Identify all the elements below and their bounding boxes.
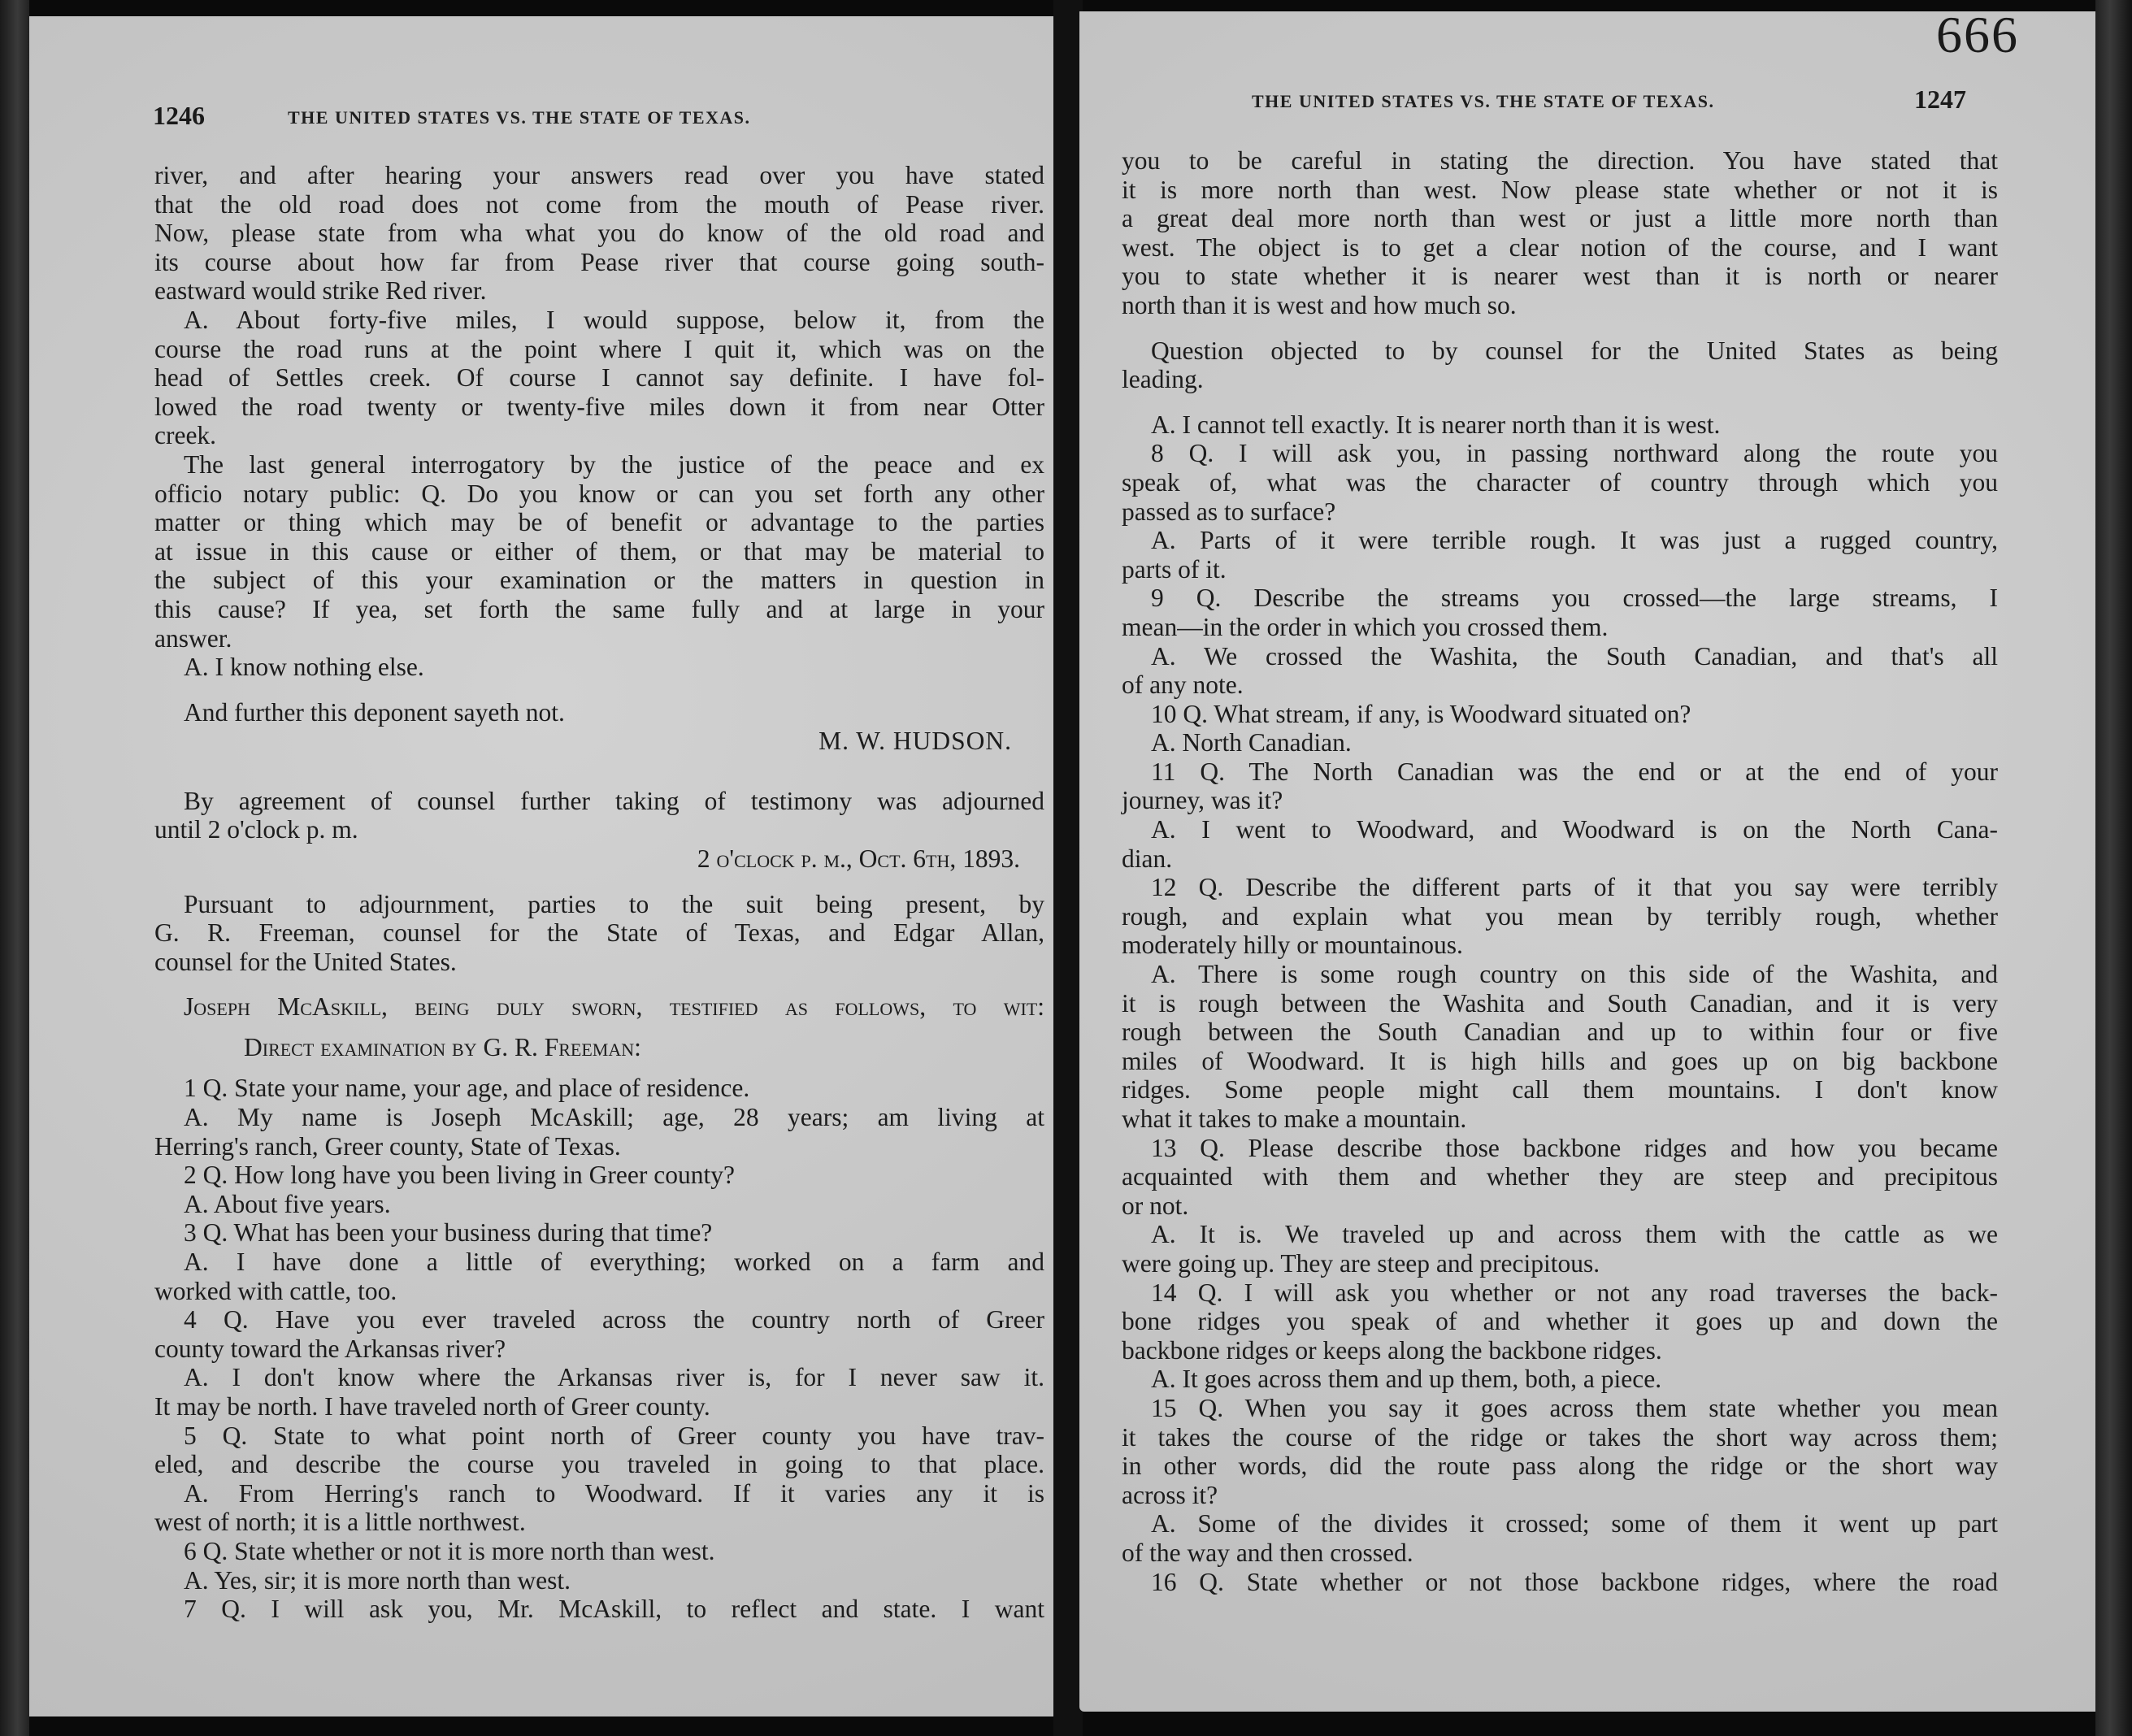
text-line: A. There is some rough country on this s… <box>1122 960 1998 989</box>
text-line: And further this deponent sayeth not. <box>154 698 1044 727</box>
text-line: ridges. Some people might call them moun… <box>1122 1075 1998 1105</box>
book-edge-left <box>0 0 29 1736</box>
text-line: A. Yes, sir; it is more north than west. <box>154 1566 1044 1595</box>
text-line: Joseph McAskill, being duly sworn, testi… <box>154 992 1044 1026</box>
text-line: what it takes to make a mountain. <box>1122 1105 1998 1134</box>
text-line: in other words, did the route pass along… <box>1122 1452 1998 1481</box>
text-line: A. About forty-five miles, I would suppo… <box>154 306 1044 335</box>
text-line: this cause? If yea, set forth the same f… <box>154 595 1044 624</box>
text-line: the subject of this your examination or … <box>154 566 1044 595</box>
paragraph-gap <box>1122 320 1998 336</box>
text-line: Direct examination by G. R. Freeman: <box>154 1033 1044 1067</box>
text-line: Now, please state from wha what you do k… <box>154 219 1044 248</box>
text-line: 6 Q. State whether or not it is more nor… <box>154 1537 1044 1566</box>
text-line: bone ridges you speak of and whether it … <box>1122 1307 1998 1336</box>
text-line: A. I have done a little of everything; w… <box>154 1248 1044 1277</box>
text-line: A. Parts of it were terrible rough. It w… <box>1122 526 1998 555</box>
text-line: 11 Q. The North Canadian was the end or … <box>1122 757 1998 787</box>
text-line: you to state whether it is nearer west t… <box>1122 262 1998 291</box>
text-line: north than it is west and how much so. <box>1122 291 1998 320</box>
text-line: 2 Q. How long have you been living in Gr… <box>154 1161 1044 1190</box>
text-line: 15 Q. When you say it goes across them s… <box>1122 1394 1998 1423</box>
text-line: answer. <box>154 624 1044 653</box>
text-line: journey, was it? <box>1122 786 1998 815</box>
text-line: A. I know nothing else. <box>154 653 1044 682</box>
text-line: eastward would strike Red river. <box>154 276 1044 306</box>
text-line: west of north; it is a little northwest. <box>154 1508 1044 1537</box>
paragraph-gap <box>154 1067 1044 1074</box>
text-line: course the road runs at the point where … <box>154 335 1044 364</box>
text-line: of the way and then crossed. <box>1122 1539 1998 1568</box>
text-line: mean—in the order in which you crossed t… <box>1122 613 1998 642</box>
text-line: A. From Herring's ranch to Woodward. If … <box>154 1479 1044 1508</box>
text-line: counsel for the United States. <box>154 948 1044 977</box>
text-line: The last general interrogatory by the ju… <box>154 450 1044 480</box>
text-line: miles of Woodward. It is high hills and … <box>1122 1047 1998 1076</box>
text-line: it is rough between the Washita and Sout… <box>1122 989 1998 1018</box>
text-line: you to be careful in stating the directi… <box>1122 146 1998 176</box>
text-line: 5 Q. State to what point north of Greer … <box>154 1421 1044 1451</box>
running-head-right: THE UNITED STATES VS. THE STATE OF TEXAS… <box>1252 91 1715 112</box>
text-line: A. We crossed the Washita, the South Can… <box>1122 642 1998 671</box>
left-page-body: river, and after hearing your answers re… <box>154 161 1044 1624</box>
text-line: matter or thing which may be of benefit … <box>154 508 1044 537</box>
text-line: 10 Q. What stream, if any, is Woodward s… <box>1122 700 1998 729</box>
running-head-left: THE UNITED STATES VS. THE STATE OF TEXAS… <box>288 107 751 128</box>
text-line: rough between the South Canadian and up … <box>1122 1018 1998 1047</box>
text-line: worked with cattle, too. <box>154 1277 1044 1306</box>
text-line: By agreement of counsel further taking o… <box>154 787 1044 816</box>
text-line: A. About five years. <box>154 1190 1044 1219</box>
text-line: 3 Q. What has been your business during … <box>154 1218 1044 1248</box>
text-line: parts of it. <box>1122 555 1998 584</box>
page-number-left: 1246 <box>153 101 205 131</box>
text-line: 7 Q. I will ask you, Mr. McAskill, to re… <box>154 1595 1044 1624</box>
text-line: 4 Q. Have you ever traveled across the c… <box>154 1305 1044 1335</box>
text-line: speak of, what was the character of coun… <box>1122 468 1998 497</box>
text-line: eled, and describe the course you travel… <box>154 1450 1044 1479</box>
text-line: Herring's ranch, Greer county, State of … <box>154 1132 1044 1161</box>
text-line: 2 o'clock p. m., Oct. 6th, 1893. <box>154 844 1044 874</box>
page-number-right: 1247 <box>1914 85 1966 115</box>
paragraph-gap <box>154 1026 1044 1033</box>
text-line: officio notary public: Q. Do you know or… <box>154 480 1044 509</box>
right-page-body: you to be careful in stating the directi… <box>1122 146 1998 1596</box>
text-line: that the old road does not come from the… <box>154 190 1044 219</box>
text-line: 12 Q. Describe the different parts of it… <box>1122 873 1998 902</box>
paragraph-gap <box>154 874 1044 890</box>
text-line: acquainted with them and whether they ar… <box>1122 1162 1998 1191</box>
text-line: were going up. They are steep and precip… <box>1122 1249 1998 1278</box>
text-line: G. R. Freeman, counsel for the State of … <box>154 918 1044 948</box>
text-line: A. It is. We traveled up and across them… <box>1122 1220 1998 1249</box>
text-line: of any note. <box>1122 671 1998 700</box>
text-line: leading. <box>1122 365 1998 394</box>
text-line: A. It goes across them and up them, both… <box>1122 1365 1998 1394</box>
text-line: river, and after hearing your answers re… <box>154 161 1044 190</box>
text-line: M. W. HUDSON. <box>154 727 1044 756</box>
text-line: 16 Q. State whether or not those backbon… <box>1122 1568 1998 1597</box>
paragraph-gap <box>154 756 1044 787</box>
text-line: A. I don't know where the Arkansas river… <box>154 1363 1044 1392</box>
book-gutter <box>1053 0 1083 1736</box>
text-line: A. North Canadian. <box>1122 728 1998 757</box>
text-line: 8 Q. I will ask you, in passing northwar… <box>1122 439 1998 468</box>
text-line: until 2 o'clock p. m. <box>154 815 1044 844</box>
text-line: 9 Q. Describe the streams you crossed—th… <box>1122 584 1998 613</box>
text-line: it is more north than west. Now please s… <box>1122 176 1998 205</box>
text-line: moderately hilly or mountainous. <box>1122 931 1998 960</box>
text-line: lowed the road twenty or twenty-five mil… <box>154 393 1044 422</box>
text-line: 13 Q. Please describe those backbone rid… <box>1122 1134 1998 1163</box>
text-line: creek. <box>154 421 1044 450</box>
right-page: 666 THE UNITED STATES VS. THE STATE OF T… <box>1079 11 2095 1712</box>
text-line: passed as to surface? <box>1122 497 1998 527</box>
text-line: A. My name is Joseph McAskill; age, 28 y… <box>154 1103 1044 1132</box>
text-line: Pursuant to adjournment, parties to the … <box>154 890 1044 919</box>
text-line: or not. <box>1122 1191 1998 1221</box>
text-line: head of Settles creek. Of course I canno… <box>154 363 1044 393</box>
text-line: rough, and explain what you mean by terr… <box>1122 902 1998 931</box>
text-line: its course about how far from Pease rive… <box>154 248 1044 277</box>
text-line: A. Some of the divides it crossed; some … <box>1122 1509 1998 1539</box>
paragraph-gap <box>154 976 1044 992</box>
text-line: west. The object is to get a clear notio… <box>1122 233 1998 263</box>
text-line: across it? <box>1122 1481 1998 1510</box>
stamp-number: 666 <box>1936 5 2019 65</box>
text-line: A. I went to Woodward, and Woodward is o… <box>1122 815 1998 844</box>
text-line: at issue in this cause or either of them… <box>154 537 1044 566</box>
text-line: Question objected to by counsel for the … <box>1122 336 1998 366</box>
text-line: a great deal more north than west or jus… <box>1122 204 1998 233</box>
text-line: A. I cannot tell exactly. It is nearer n… <box>1122 410 1998 440</box>
text-line: county toward the Arkansas river? <box>154 1335 1044 1364</box>
text-line: 14 Q. I will ask you whether or not any … <box>1122 1278 1998 1308</box>
paragraph-gap <box>154 682 1044 698</box>
text-line: 1 Q. State your name, your age, and plac… <box>154 1074 1044 1103</box>
left-page: 1246 THE UNITED STATES VS. THE STATE OF … <box>29 16 1062 1716</box>
book-edge-right <box>2095 0 2132 1736</box>
paragraph-gap <box>1122 394 1998 410</box>
text-line: dian. <box>1122 844 1998 874</box>
text-line: it takes the course of the ridge or take… <box>1122 1423 1998 1452</box>
text-line: It may be north. I have traveled north o… <box>154 1392 1044 1421</box>
text-line: backbone ridges or keeps along the backb… <box>1122 1336 1998 1365</box>
